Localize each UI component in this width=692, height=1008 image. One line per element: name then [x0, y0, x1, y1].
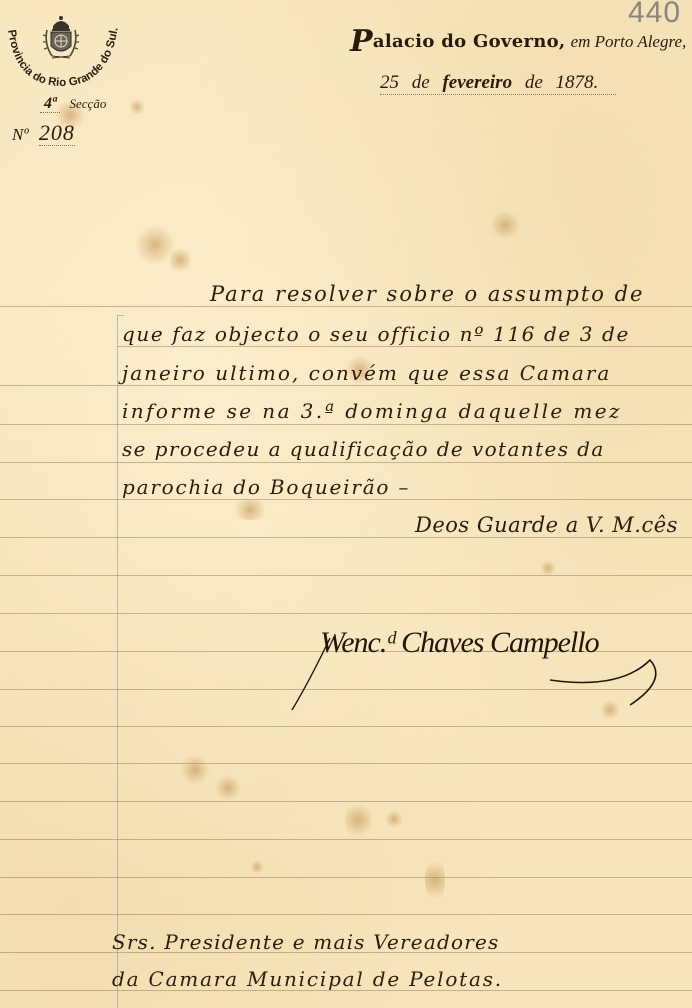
- letter-date: 25 de fevereiro de 1878.: [380, 72, 616, 95]
- palace-title: Palacio do Governo,: [350, 31, 565, 52]
- province-heading: Provincia do Rio Grande do Sul.: [0, 20, 130, 100]
- rule-line: [0, 499, 692, 500]
- rule-line: [117, 346, 692, 347]
- date-day: 25: [380, 72, 399, 93]
- section-label: 4ª Secção: [40, 95, 106, 113]
- palace-header: Palacio do Governo, em Porto Alegre,: [350, 24, 686, 59]
- rule-line: [0, 385, 692, 386]
- body-line: que faz objecto o seu officio nº 116 de …: [122, 322, 630, 346]
- office-number: Nº 208: [12, 120, 75, 146]
- svg-text:Provincia do Rio Grande do Sul: Provincia do Rio Grande do Sul.: [5, 27, 120, 89]
- section-text: Secção: [70, 96, 107, 111]
- rule-line: [0, 839, 692, 840]
- signature: Wenc.ᵈ Chaves Campello: [320, 626, 599, 660]
- date-de: de: [525, 72, 543, 93]
- closing-salutation: Deos Guarde a V. M.cês: [415, 513, 678, 537]
- office-number-value: 208: [39, 120, 75, 146]
- rule-line: [0, 914, 692, 915]
- rule-line: [0, 306, 692, 307]
- margin-line-cap: [117, 315, 124, 316]
- ruled-lines: [0, 0, 692, 1008]
- rule-line: [0, 462, 692, 463]
- addressee-line: Srs. Presidente e mais Vereadores: [112, 930, 499, 954]
- date-year: 1878.: [556, 72, 599, 93]
- date-de: de: [412, 72, 430, 93]
- body-line: Para resolver sobre o assumpto de: [210, 282, 644, 306]
- palace-location: em Porto Alegre,: [571, 32, 687, 51]
- body-line: se procedeu a qualificação de votantes d…: [122, 437, 605, 461]
- body-line: janeiro ultimo, convém que essa Camara: [122, 361, 611, 385]
- office-number-label: Nº: [12, 125, 29, 144]
- margin-line: [117, 315, 118, 1008]
- rule-line: [0, 763, 692, 764]
- rule-line: [0, 801, 692, 802]
- rule-line: [0, 877, 692, 878]
- body-line: parochia do Boqueirão –: [122, 475, 410, 499]
- date-month: fevereiro: [442, 72, 512, 93]
- rule-line: [0, 537, 692, 538]
- body-line: informe se na 3.ª dominga daquelle mez: [122, 399, 622, 423]
- letter-page: 440 Provincia do Rio Grande do Sul. 4ª S…: [0, 0, 692, 1008]
- addressee-line: da Camara Municipal de Pelotas.: [112, 967, 503, 991]
- section-number: 4ª: [40, 95, 60, 113]
- rule-line: [0, 613, 692, 614]
- rule-line: [0, 575, 692, 576]
- rule-line: [0, 424, 692, 425]
